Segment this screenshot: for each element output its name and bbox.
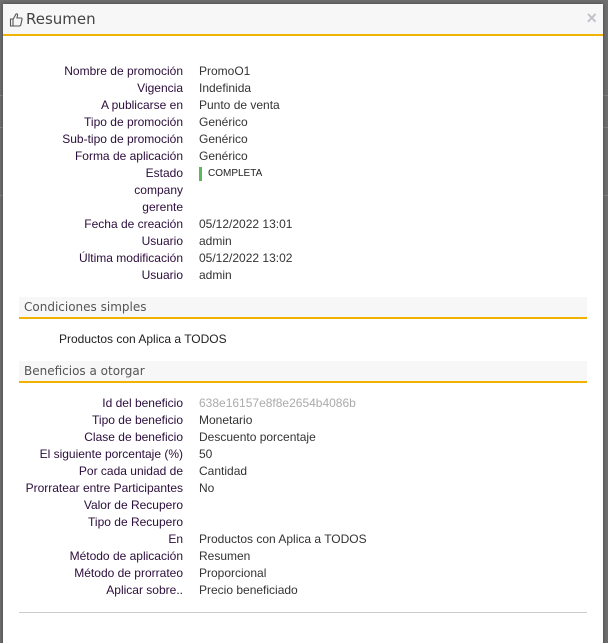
detail-row: Aplicar sobre..Precio beneficiado xyxy=(3,582,603,599)
field-label: Forma de aplicación xyxy=(0,148,183,165)
field-label: company xyxy=(0,182,183,199)
detail-row: VigenciaIndefinida xyxy=(3,80,603,97)
detail-row: Usuarioadmin xyxy=(3,267,603,284)
section-header-benefits: Beneficios a otorgar xyxy=(19,361,587,383)
field-label: Usuario xyxy=(0,233,183,250)
field-value: Resumen xyxy=(199,548,250,565)
section-title: Condiciones simples xyxy=(24,300,146,314)
field-label: El siguiente porcentaje (%) xyxy=(0,446,183,463)
detail-row: Clase de beneficioDescuento porcentaje xyxy=(3,429,603,446)
field-label: Por cada unidad de xyxy=(0,463,183,480)
detail-row: gerente xyxy=(3,199,603,216)
detail-row: EnProductos con Aplica a TODOS xyxy=(3,531,603,548)
field-value: Proporcional xyxy=(199,565,266,582)
summary-dialog: Resumen × Nombre de promociónPromoO1Vige… xyxy=(3,4,603,643)
field-label: Tipo de promoción xyxy=(0,114,183,131)
field-label: Clase de beneficio xyxy=(0,429,183,446)
field-label: Tipo de Recupero xyxy=(0,514,183,531)
detail-row: Por cada unidad deCantidad xyxy=(3,463,603,480)
thumbs-up-icon xyxy=(9,12,23,27)
detail-row: Usuarioadmin xyxy=(3,233,603,250)
field-label: Sub-tipo de promoción xyxy=(0,131,183,148)
field-value: Descuento porcentaje xyxy=(199,429,316,446)
field-label: Usuario xyxy=(0,267,183,284)
field-value: Cantidad xyxy=(199,463,247,480)
field-value: admin xyxy=(199,233,232,250)
field-label: gerente xyxy=(0,199,183,216)
status-indicator xyxy=(199,167,202,181)
detail-row: Id del beneficio638e16157e8f8e2654b4086b xyxy=(3,395,603,412)
field-label: Método de prorrateo xyxy=(0,565,183,582)
detail-row: Última modificación05/12/2022 13:02 xyxy=(3,250,603,267)
dialog-title-text: Resumen xyxy=(26,10,96,28)
field-label: Id del beneficio xyxy=(0,395,183,412)
field-value: Genérico xyxy=(199,131,248,148)
field-value: 05/12/2022 13:02 xyxy=(199,250,292,267)
field-label: Nombre de promoción xyxy=(0,63,183,80)
field-value: Precio beneficiado xyxy=(199,582,298,599)
field-value: 638e16157e8f8e2654b4086b xyxy=(199,395,356,412)
detail-row: Tipo de beneficioMonetario xyxy=(3,412,603,429)
detail-row: Tipo de Recupero xyxy=(3,514,603,531)
detail-row: Nombre de promociónPromoO1 xyxy=(3,63,603,80)
field-label: Tipo de beneficio xyxy=(0,412,183,429)
detail-row: Sub-tipo de promociónGenérico xyxy=(3,131,603,148)
detail-row: El siguiente porcentaje (%)50 xyxy=(3,446,603,463)
section-header-conditions: Condiciones simples xyxy=(19,297,587,319)
field-value: Genérico xyxy=(199,148,248,165)
field-label: Estado xyxy=(0,165,183,182)
footer-divider xyxy=(19,612,587,613)
section-title: Beneficios a otorgar xyxy=(24,364,145,378)
field-label: Método de aplicación xyxy=(0,548,183,565)
detail-row: Método de aplicaciónResumen xyxy=(3,548,603,565)
detail-row: Valor de Recupero xyxy=(3,497,603,514)
condition-item: Productos con Aplica a TODOS xyxy=(59,332,227,346)
field-value: admin xyxy=(199,267,232,284)
field-value: Indefinida xyxy=(199,80,251,97)
field-label: Última modificación xyxy=(0,250,183,267)
close-button[interactable]: × xyxy=(586,8,597,28)
detail-row: EstadoCOMPLETA xyxy=(3,165,603,182)
detail-row: Forma de aplicaciónGenérico xyxy=(3,148,603,165)
field-label: Aplicar sobre.. xyxy=(0,582,183,599)
detail-row: A publicarse enPunto de venta xyxy=(3,97,603,114)
field-label: Prorratear entre Participantes xyxy=(0,480,183,497)
field-value: Productos con Aplica a TODOS xyxy=(199,531,367,548)
field-label: Fecha de creación xyxy=(0,216,183,233)
field-value: Punto de venta xyxy=(199,97,280,114)
field-label: A publicarse en xyxy=(0,97,183,114)
field-value: 05/12/2022 13:01 xyxy=(199,216,292,233)
field-label: Valor de Recupero xyxy=(0,497,183,514)
field-value: Monetario xyxy=(199,412,252,429)
field-label: En xyxy=(0,531,183,548)
detail-row: Prorratear entre ParticipantesNo xyxy=(3,480,603,497)
detail-row: company xyxy=(3,182,603,199)
detail-row: Fecha de creación05/12/2022 13:01 xyxy=(3,216,603,233)
field-value: 50 xyxy=(199,446,212,463)
dialog-title: Resumen xyxy=(9,10,96,28)
field-value: PromoO1 xyxy=(199,63,250,80)
field-value: Genérico xyxy=(199,114,248,131)
detail-row: Tipo de promociónGenérico xyxy=(3,114,603,131)
field-value: No xyxy=(199,480,214,497)
dialog-header: Resumen × xyxy=(3,4,603,36)
field-label: Vigencia xyxy=(0,80,183,97)
status-text: COMPLETA xyxy=(208,165,262,182)
status-badge: COMPLETA xyxy=(199,165,262,182)
detail-row: Método de prorrateoProporcional xyxy=(3,565,603,582)
